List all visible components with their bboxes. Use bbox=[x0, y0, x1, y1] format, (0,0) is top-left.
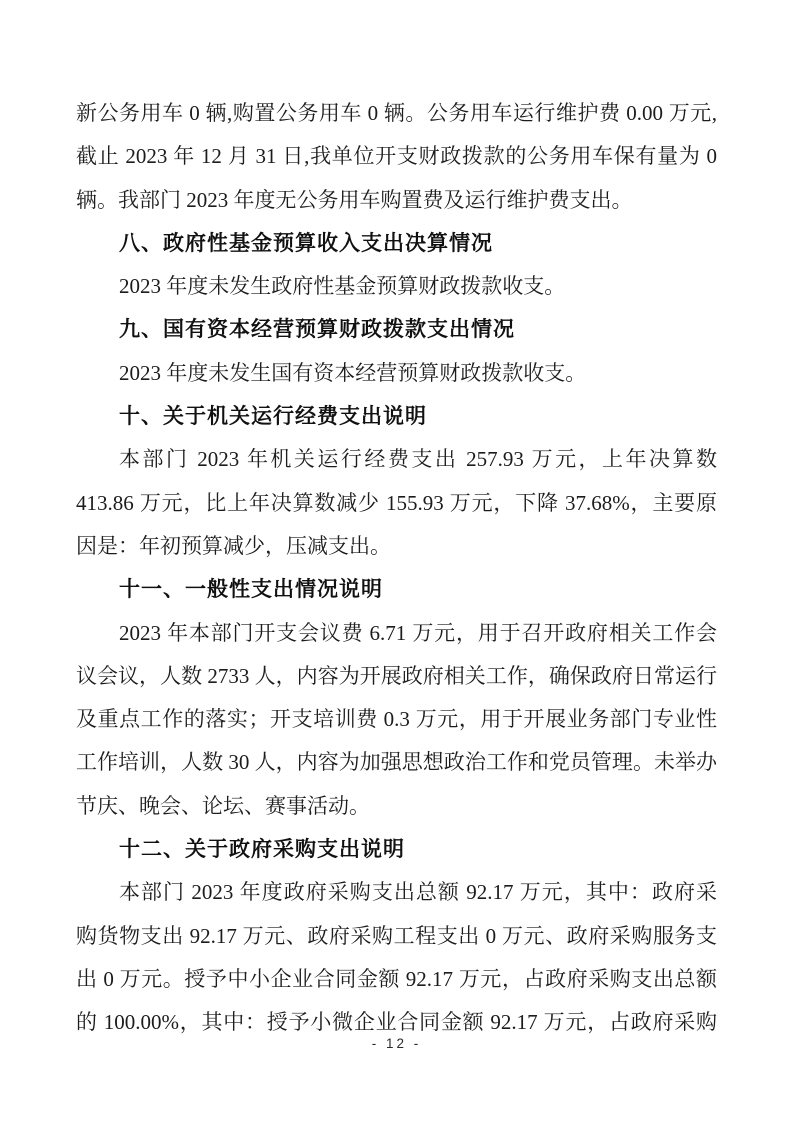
body-line: 截止 2023 年 12 月 31 日,我单位开支财政拨款的公务用车保有量为 0 bbox=[76, 135, 717, 178]
body-line: 新公务用车 0 辆,购置公务用车 0 辆。公务用车运行维护费 0.00 万元, bbox=[76, 92, 717, 135]
document-page: 新公务用车 0 辆,购置公务用车 0 辆。公务用车运行维护费 0.00 万元,截… bbox=[0, 0, 793, 1122]
section-heading: 十二、关于政府采购支出说明 bbox=[76, 828, 717, 871]
section-heading: 十一、一般性支出情况说明 bbox=[76, 568, 717, 611]
body-line: 2023 年本部门开支会议费 6.71 万元，用于召开政府相关工作会 bbox=[76, 612, 717, 655]
body-line: 2023 年度未发生国有资本经营预算财政拨款收支。 bbox=[76, 352, 717, 395]
section-heading: 九、国有资本经营预算财政拨款支出情况 bbox=[76, 308, 717, 351]
body-line: 购货物支出 92.17 万元、政府采购工程支出 0 万元、政府采购服务支 bbox=[76, 915, 717, 958]
body-line: 工作培训，人数 30 人，内容为加强思想政治工作和党员管理。未举办 bbox=[76, 741, 717, 784]
body-line: 413.86 万元，比上年决算数减少 155.93 万元，下降 37.68%，主… bbox=[76, 482, 717, 525]
section-heading: 八、政府性基金预算收入支出决算情况 bbox=[76, 222, 717, 265]
body-line: 辆。我部门 2023 年度无公务用车购置费及运行维护费支出。 bbox=[76, 179, 717, 222]
document-body: 新公务用车 0 辆,购置公务用车 0 辆。公务用车运行维护费 0.00 万元,截… bbox=[76, 92, 717, 1045]
section-heading: 十、关于机关运行经费支出说明 bbox=[76, 395, 717, 438]
body-line: 2023 年度未发生政府性基金预算财政拨款收支。 bbox=[76, 265, 717, 308]
body-line: 出 0 万元。授予中小企业合同金额 92.17 万元，占政府采购支出总额 bbox=[76, 958, 717, 1001]
body-line: 本部门 2023 年机关运行经费支出 257.93 万元，上年决算数 bbox=[76, 438, 717, 481]
body-line: 本部门 2023 年度政府采购支出总额 92.17 万元，其中：政府采 bbox=[76, 871, 717, 914]
body-line: 节庆、晚会、论坛、赛事活动。 bbox=[76, 785, 717, 828]
body-line: 及重点工作的落实；开支培训费 0.3 万元，用于开展业务部门专业性 bbox=[76, 698, 717, 741]
body-line: 因是：年初预算减少，压减支出。 bbox=[76, 525, 717, 568]
body-line: 议会议，人数 2733 人，内容为开展政府相关工作，确保政府日常运行 bbox=[76, 655, 717, 698]
page-number: - 12 - bbox=[0, 1036, 793, 1051]
